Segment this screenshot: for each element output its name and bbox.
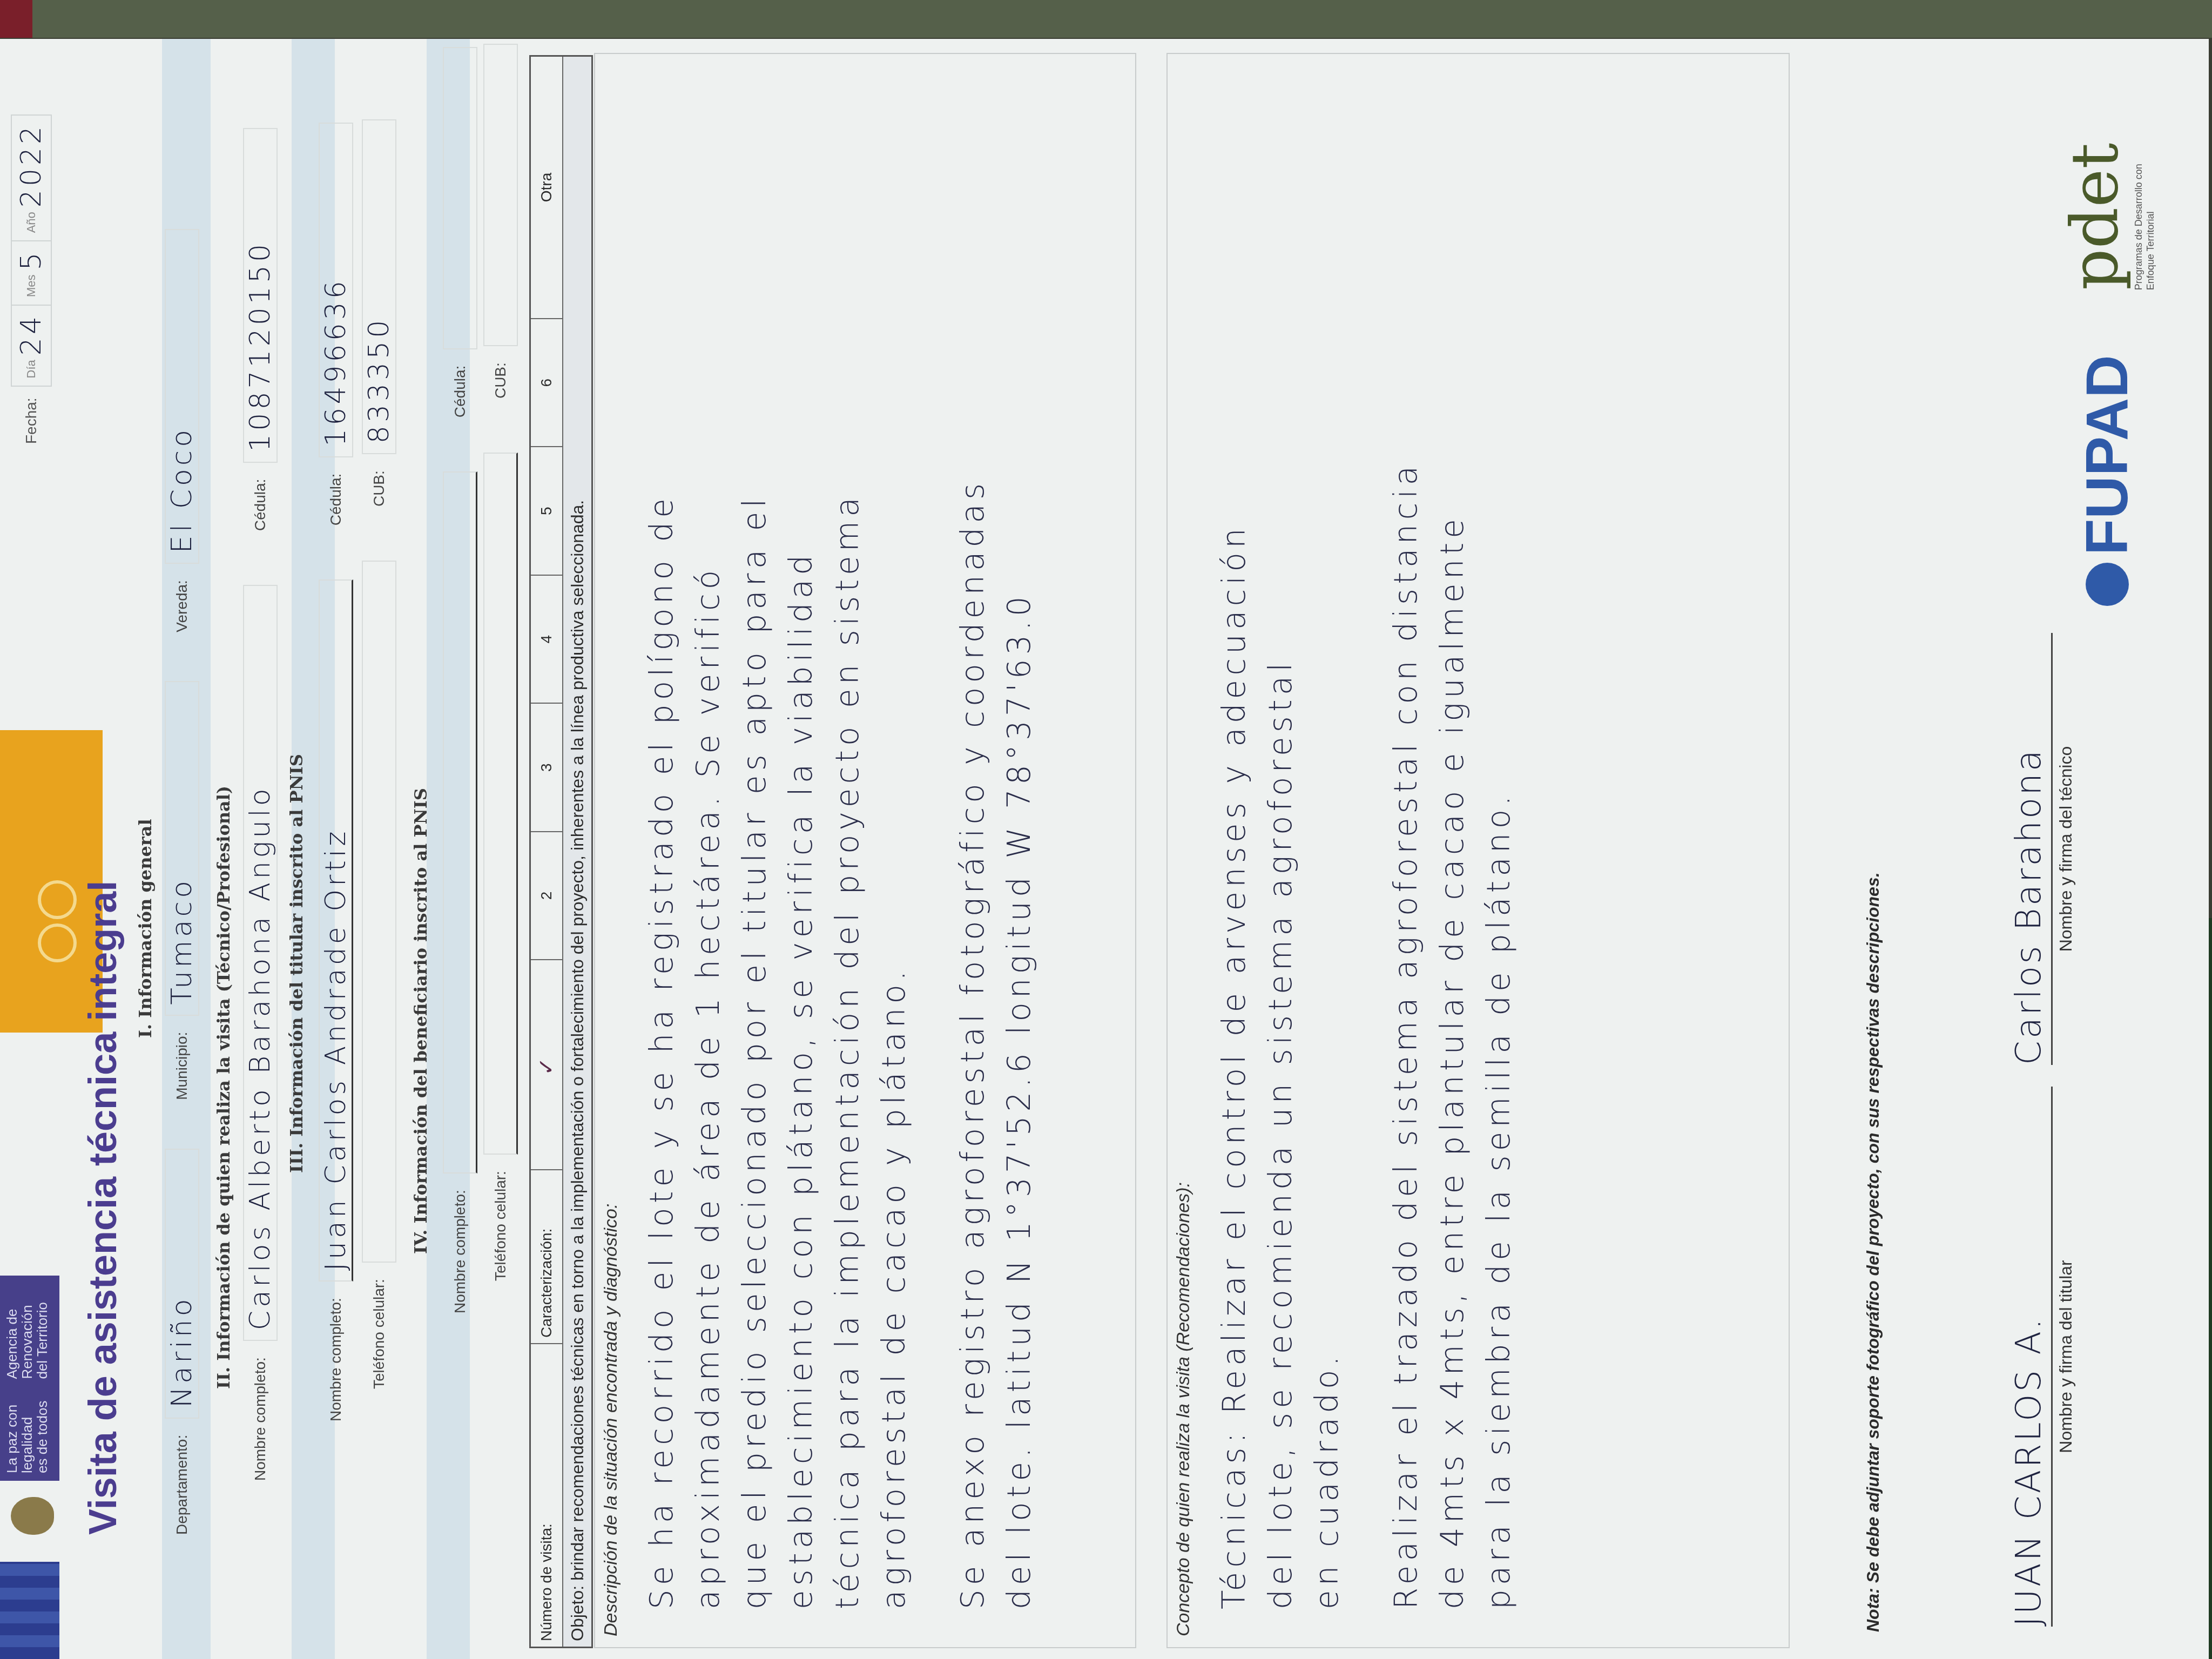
tech-cedula-label: Cédula: xyxy=(252,479,269,531)
signature-titular[interactable]: JUAN CARLOS A. Nombre y firma del titula… xyxy=(2009,1087,2076,1627)
titular-cedula-field[interactable]: 16496636 xyxy=(319,123,353,457)
recomendaciones-text: Técnicas: Realizar el control de arvense… xyxy=(1211,151,1522,1609)
titular-name-field[interactable]: Juan Carlos Andrade Ortiz xyxy=(319,579,353,1282)
nota-text: Nota: Se debe adjuntar soporte fotográfi… xyxy=(1863,872,1883,1632)
municipio-label: Municipio: xyxy=(173,1032,191,1100)
visit-option-3[interactable]: 3 xyxy=(530,703,563,831)
year-value: 2022 xyxy=(15,123,48,207)
titular-phone-label: Teléfono celular: xyxy=(370,1279,388,1389)
swirl-icon xyxy=(38,923,77,962)
titular-name-row: Nombre completo: Juan Carlos Andrade Ort… xyxy=(319,123,353,1421)
pdet-logo: pdet Programas de Desarrollo con Enfoque… xyxy=(2058,143,2156,290)
visit-option-5[interactable]: 5 xyxy=(530,447,563,575)
descripcion-text: Se ha recorrido el lote y se ha registra… xyxy=(638,151,1042,1609)
tech-cedula-field[interactable]: 1087120150 xyxy=(243,128,278,463)
departamento-field[interactable]: Nariño xyxy=(165,1149,199,1419)
titular-phone-field[interactable] xyxy=(362,561,396,1263)
signature-tecnico[interactable]: Carlos Barahona Nombre y firma del técni… xyxy=(2009,633,2076,1065)
signature-titular-label: Nombre y firma del titular xyxy=(2051,1087,2076,1627)
tech-name-label: Nombre completo: xyxy=(252,1357,269,1481)
caracterizacion-label: Caracterización: xyxy=(530,1170,563,1344)
section-heading-technician: II. Información de quien realiza la visi… xyxy=(213,786,234,1389)
date-fields: Día 24 Mes 5 Año 2022 xyxy=(11,114,52,387)
day-field[interactable]: Día 24 xyxy=(12,305,51,386)
signature-titular-value: JUAN CARLOS A. xyxy=(2009,1087,2049,1627)
visit-option-otra[interactable]: Otra xyxy=(530,56,563,319)
descripcion-box[interactable]: Descripción de la situación encontrada y… xyxy=(594,53,1136,1648)
objeto-text: Objeto: brindar recomendaciones técnicas… xyxy=(563,56,592,1648)
flag-strip-logo xyxy=(0,1562,59,1659)
visit-number-label: Número de visita: xyxy=(530,1344,563,1648)
vereda-label: Vereda: xyxy=(173,580,191,632)
government-logo: La paz con legalidad es de todos Agencia… xyxy=(0,1276,59,1481)
date-block: Fecha: Día 24 Mes 5 Año 2022 xyxy=(11,114,52,444)
document-rotated: La paz con legalidad es de todos Agencia… xyxy=(0,28,2212,1659)
visit-option-6[interactable]: 6 xyxy=(530,319,563,447)
tech-name-field[interactable]: Carlos Alberto Barahona Angulo xyxy=(243,585,278,1341)
general-info-row: Departamento: Nariño Municipio: Tumaco V… xyxy=(165,229,199,1535)
beneficiario-phone-field[interactable] xyxy=(483,453,518,1155)
technician-row: Nombre completo: Carlos Alberto Barahona… xyxy=(243,128,278,1481)
section-heading-general: I. Información general xyxy=(135,819,156,1038)
coat-of-arms-icon xyxy=(11,1497,54,1535)
beneficiario-name-field[interactable] xyxy=(443,471,477,1174)
visit-number-row: Número de visita: Caracterización: ✓ 2 3… xyxy=(530,56,563,1648)
section-heading-titular: III. Información del titular inscrito al… xyxy=(286,754,307,1173)
recomendaciones-box[interactable]: Concepto de quien realiza la visita (Rec… xyxy=(1166,53,1790,1648)
fecha-label: Fecha: xyxy=(23,397,40,444)
beneficiario-cub-field[interactable] xyxy=(483,44,518,346)
beneficiario-name-row: Nombre completo: Cédula: xyxy=(443,47,477,1313)
month-field[interactable]: Mes 5 xyxy=(12,240,51,305)
visit-option-1[interactable]: ✓ xyxy=(530,960,563,1170)
form-page: La paz con legalidad es de todos Agencia… xyxy=(0,39,2209,1659)
departamento-label: Departamento: xyxy=(173,1435,191,1535)
beneficiario-cedula-label: Cédula: xyxy=(451,366,469,418)
page-title: Visita de asistencia técnica integral xyxy=(81,881,125,1535)
vereda-field[interactable]: El Coco xyxy=(165,229,199,564)
objeto-row: Objeto: brindar recomendaciones técnicas… xyxy=(563,56,592,1648)
titular-cub-label: CUB: xyxy=(370,470,388,507)
swirl-icon xyxy=(38,880,77,919)
beneficiario-cub-label: CUB: xyxy=(492,362,509,399)
fupad-logo: FUPAD xyxy=(2073,355,2141,606)
municipio-field[interactable]: Tumaco xyxy=(165,681,199,1016)
visit-option-2[interactable]: 2 xyxy=(530,832,563,960)
section-heading-beneficiario: IV. Información del beneficiario inscrit… xyxy=(410,788,431,1254)
titular-cub-field[interactable]: 833350 xyxy=(362,119,396,454)
footer-logos: FUPAD pdet Programas de Desarrollo con E… xyxy=(2058,143,2156,606)
month-value: 5 xyxy=(15,249,48,270)
visit-characterization-table: Número de visita: Caracterización: ✓ 2 3… xyxy=(529,55,593,1648)
year-field[interactable]: Año 2022 xyxy=(12,116,51,241)
beneficiario-phone-row: Teléfono celular: CUB: xyxy=(483,44,518,1281)
header: La paz con legalidad es de todos Agencia… xyxy=(0,39,124,1659)
visit-option-4[interactable]: 4 xyxy=(530,575,563,703)
beneficiario-cedula-field[interactable] xyxy=(443,47,477,349)
beneficiario-phone-label: Teléfono celular: xyxy=(492,1171,509,1281)
signature-tecnico-label: Nombre y firma del técnico xyxy=(2051,633,2076,1065)
recomendaciones-title: Concepto de quien realiza la visita (Rec… xyxy=(1173,1182,1194,1636)
globe-icon xyxy=(2086,563,2129,606)
signature-tecnico-value: Carlos Barahona xyxy=(2009,633,2049,1065)
beneficiario-name-label: Nombre completo: xyxy=(451,1190,469,1313)
descripcion-title: Descripción de la situación encontrada y… xyxy=(601,1204,622,1636)
titular-name-label: Nombre completo: xyxy=(327,1298,345,1421)
titular-phone-row: Teléfono celular: CUB: 833350 xyxy=(362,119,396,1389)
day-value: 24 xyxy=(15,313,48,355)
titular-cedula-label: Cédula: xyxy=(327,474,345,526)
